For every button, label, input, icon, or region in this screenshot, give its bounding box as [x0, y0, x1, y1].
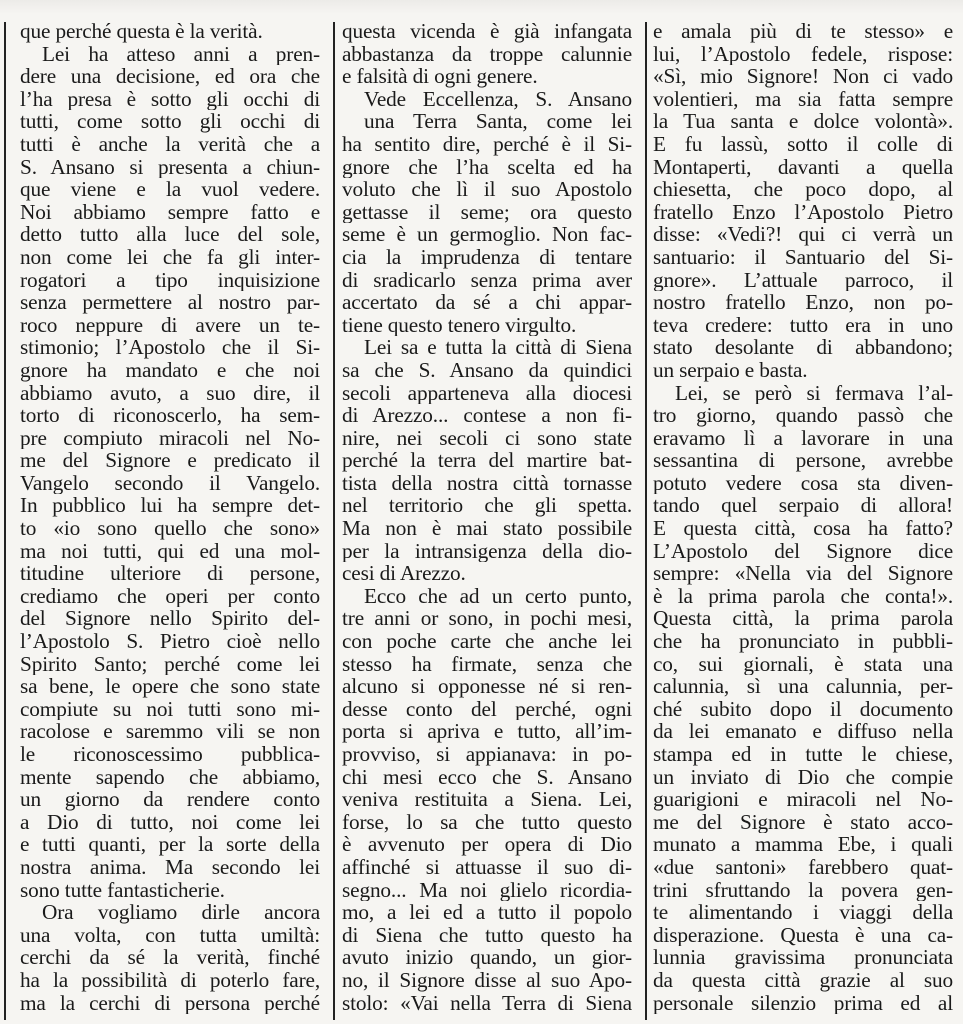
- text-line: que viene e la vuol vedere.: [20, 178, 320, 201]
- text-line: santuario: il Santuario del Si-: [653, 246, 953, 269]
- text-line: veniva restituita a Siena. Lei,: [342, 788, 632, 811]
- text-line: tando quel serpaio di allora!: [653, 494, 953, 517]
- column-rule-1: [4, 22, 6, 1020]
- text-line: «due santoni» farebbero quat-: [653, 856, 953, 879]
- text-line: gettasse il seme; ora questo: [342, 201, 632, 224]
- text-line: Vede Eccellenza, S. Ansano: [342, 88, 632, 111]
- torn-top-edge: [0, 0, 963, 14]
- text-line: cia la imprudenza di tentare: [342, 246, 632, 269]
- text-line: racolose e saremmo vili se non: [20, 720, 320, 743]
- text-line: sa bene, le opere che sono state: [20, 675, 320, 698]
- text-line: mo, a lei ed a tutto il popolo: [342, 901, 632, 924]
- text-line: di Siena che tutto questo ha: [342, 924, 632, 947]
- text-line: teva credere: tutto era in uno: [653, 314, 953, 337]
- text-line: L’Apostolo del Signore dice: [653, 540, 953, 563]
- text-line: da lei emanato e diffuso nella: [653, 720, 953, 743]
- text-line: ha la possibilità di poterlo fare,: [20, 969, 320, 992]
- text-line: le riconoscessimo pubblica-: [20, 743, 320, 766]
- text-line: S. Ansano si presenta a chiun-: [20, 156, 320, 179]
- text-line: chiesetta, che poco dopo, al: [653, 178, 953, 201]
- text-line: gnore». L’attuale parroco, il: [653, 269, 953, 292]
- text-line: un giorno da rendere conto: [20, 788, 320, 811]
- text-line: e amala più di te stesso» e: [653, 20, 953, 43]
- text-line: eravamo lì a lavorare in una: [653, 427, 953, 450]
- text-line: stampa ed in tutte le chiese,: [653, 743, 953, 766]
- text-line: stato desolante di abbandono;: [653, 336, 953, 359]
- text-line: pre compiuto miracoli nel No-: [20, 427, 320, 450]
- text-line: guarigioni e miracoli nel No-: [653, 788, 953, 811]
- text-line: dere una decisione, ed ora che: [20, 65, 320, 88]
- text-line: non come lei che fa gli inter-: [20, 246, 320, 269]
- text-line: titudine ulteriore di persone,: [20, 562, 320, 585]
- text-line: che ha pronunciato in pubbli-: [653, 630, 953, 653]
- text-line: nire, nei secoli ci sono state: [342, 427, 632, 450]
- column-rule-3: [645, 22, 647, 1020]
- text-line: tro giorno, quando passò che: [653, 404, 953, 427]
- text-line: stimonio; l’Apostolo che il Si-: [20, 336, 320, 359]
- text-line: l’Apostolo S. Pietro cioè nello: [20, 630, 320, 653]
- text-line: disse: «Vedi?! qui ci verrà un: [653, 223, 953, 246]
- text-line: ma noi tutti, qui ed una mol-: [20, 540, 320, 563]
- text-line: Questa città, la prima parola: [653, 607, 953, 630]
- text-line: provviso, si appianava: in po-: [342, 743, 632, 766]
- text-line: affinché si attuasse il suo di-: [342, 856, 632, 879]
- text-line: stesso ha firmate, senza che: [342, 653, 632, 676]
- text-line: me del Signore è stato acco-: [653, 811, 953, 834]
- text-line: compiute su noi tutti sono mi-: [20, 698, 320, 721]
- text-line: nel territorio che gli spetta.: [342, 494, 632, 517]
- text-line: ha sentito dire, perché è il Si-: [342, 133, 632, 156]
- text-line: torto di riconoscerlo, ha sem-: [20, 404, 320, 427]
- text-line: accertato da sé a chi appar-: [342, 291, 632, 314]
- text-line: Ma non è mai stato possibile: [342, 517, 632, 540]
- text-line: è la prima parola che conta!».: [653, 585, 953, 608]
- text-line: voluto che lì il suo Apostolo: [342, 178, 632, 201]
- text-line: è avvenuto per opera di Dio: [342, 833, 632, 856]
- text-line: forse, lo sa che tutto questo: [342, 811, 632, 834]
- text-line: segno... Ma noi glielo ricordia-: [342, 879, 632, 902]
- text-line: volentieri, ma sia fatta sempre: [653, 88, 953, 111]
- text-line: a Dio di tutto, noi come lei: [20, 811, 320, 834]
- text-line: disperazione. Questa è una ca-: [653, 924, 953, 947]
- text-line: trini sfruttando la povera gen-: [653, 879, 953, 902]
- text-line: e falsità di ogni genere.: [342, 65, 632, 88]
- text-line: alcuno si opponesse né si ren-: [342, 675, 632, 698]
- text-line: cesi di Arezzo.: [342, 562, 632, 585]
- text-line: stolo: «Vai nella Terra di Siena: [342, 992, 632, 1015]
- text-line: Spirito Santo; perché come lei: [20, 653, 320, 676]
- text-line: avuto inizio quando, un gior-: [342, 946, 632, 969]
- text-line: Noi abbiamo sempre fatto e: [20, 201, 320, 224]
- text-line: In pubblico lui ha sempre det-: [20, 494, 320, 517]
- text-line: crediamo che operi per conto: [20, 585, 320, 608]
- text-line: E fu lassù, sotto il colle di: [653, 133, 953, 156]
- article-column-1: que perché questa è la verità.Lei ha att…: [20, 20, 320, 1014]
- text-line: da questa città grazie al suo: [653, 969, 953, 992]
- article-column-3: e amala più di te stesso» elui, l’Aposto…: [653, 20, 953, 1014]
- text-line: di sradicarlo senza prima aver: [342, 269, 632, 292]
- text-line: chi mesi ecco che S. Ansano: [342, 766, 632, 789]
- text-line: tre anni or sono, in pochi mesi,: [342, 607, 632, 630]
- text-line: gnore ha mandato e che noi: [20, 359, 320, 382]
- text-line: una volta, con tutta umiltà:: [20, 924, 320, 947]
- text-line: tutti, come sotto gli occhi di: [20, 110, 320, 133]
- text-line: ma la cerchi di persona perché: [20, 992, 320, 1015]
- text-line: con poche carte che anche lei: [342, 630, 632, 653]
- text-line: E questa città, cosa ha fatto?: [653, 517, 953, 540]
- text-line: sa che S. Ansano da quindici: [342, 359, 632, 382]
- text-line: Lei ha atteso anni a pren-: [20, 43, 320, 66]
- text-line: Ora vogliamo dirle ancora: [20, 901, 320, 924]
- text-line: mente sapendo che abbiamo,: [20, 766, 320, 789]
- text-line: cerchi da sé la verità, finché: [20, 946, 320, 969]
- text-line: abbastanza da troppe calunnie: [342, 43, 632, 66]
- text-line: gnore che l’ha scelta ed ha: [342, 156, 632, 179]
- text-line: di Arezzo... contese a non fi-: [342, 404, 632, 427]
- text-line: munato a mamma Ebe, i quali: [653, 833, 953, 856]
- text-line: senza permettere al nostro par-: [20, 291, 320, 314]
- text-line: del Signore nello Spirito del-: [20, 607, 320, 630]
- text-line: sempre: «Nella via del Signore: [653, 562, 953, 585]
- text-line: desse conto del perché, ogni: [342, 698, 632, 721]
- text-line: que perché questa è la verità.: [20, 20, 320, 43]
- text-line: porta si apriva e tutto, all’im-: [342, 720, 632, 743]
- text-line: per la intransigenza della dio-: [342, 540, 632, 563]
- text-line: questa vicenda è già infangata: [342, 20, 632, 43]
- text-line: Lei sa e tutta la città di Siena: [342, 336, 632, 359]
- text-line: seme è un germoglio. Non fac-: [342, 223, 632, 246]
- column-rule-2: [333, 22, 335, 1020]
- text-line: «Sì, mio Signore! Non ci vado: [653, 65, 953, 88]
- text-line: tiene questo tenero virgulto.: [342, 314, 632, 337]
- text-line: e tutti quanti, per la sorte della: [20, 833, 320, 856]
- text-line: Lei, se però si fermava l’al-: [653, 382, 953, 405]
- text-line: me del Signore e predicato il: [20, 449, 320, 472]
- text-line: personale silenzio prima ed al: [653, 992, 953, 1015]
- text-line: secoli apparteneva alla diocesi: [342, 382, 632, 405]
- text-line: detto tutto alla luce del sole,: [20, 223, 320, 246]
- text-line: te alimentando i viaggi della: [653, 901, 953, 924]
- text-line: perché la terra del martire bat-: [342, 449, 632, 472]
- text-line: potuto vedere cosa sta diven-: [653, 472, 953, 495]
- text-line: sono tutte fantasticherie.: [20, 879, 320, 902]
- text-line: roco neppure di avere un te-: [20, 314, 320, 337]
- text-line: l’ha presa è sotto gli occhi di: [20, 88, 320, 111]
- text-line: nostra anima. Ma secondo lei: [20, 856, 320, 879]
- text-line: una Terra Santa, come lei: [342, 110, 632, 133]
- text-line: nostro fratello Enzo, non po-: [653, 291, 953, 314]
- text-line: un inviato di Dio che compie: [653, 766, 953, 789]
- text-line: tista della nostra città tornasse: [342, 472, 632, 495]
- article-column-2: questa vicenda è già infangataabbastanza…: [342, 20, 632, 1014]
- text-line: rogatori a tipo inquisizione: [20, 269, 320, 292]
- text-line: Vangelo secondo il Vangelo.: [20, 472, 320, 495]
- text-line: to «io sono quello che sono»: [20, 517, 320, 540]
- text-line: sessantina di persone, avrebbe: [653, 449, 953, 472]
- text-line: no, il Signore disse al suo Apo-: [342, 969, 632, 992]
- text-line: fratello Enzo l’Apostolo Pietro: [653, 201, 953, 224]
- newspaper-page: que perché questa è la verità.Lei ha att…: [0, 0, 963, 1024]
- text-line: abbiamo avuto, a suo dire, il: [20, 382, 320, 405]
- text-line: la Tua santa e dolce volontà».: [653, 110, 953, 133]
- text-line: Montaperti, davanti a quella: [653, 156, 953, 179]
- text-line: Ecco che ad un certo punto,: [342, 585, 632, 608]
- text-line: un serpaio e basta.: [653, 359, 953, 382]
- text-line: lunnia gravissima pronunciata: [653, 946, 953, 969]
- text-line: tutti è anche la verità che a: [20, 133, 320, 156]
- text-line: lui, l’Apostolo fedele, rispose:: [653, 43, 953, 66]
- text-line: calunnia, sì una calunnia, per-: [653, 675, 953, 698]
- text-line: ché subito dopo il documento: [653, 698, 953, 721]
- text-line: co, sui giornali, è stata una: [653, 653, 953, 676]
